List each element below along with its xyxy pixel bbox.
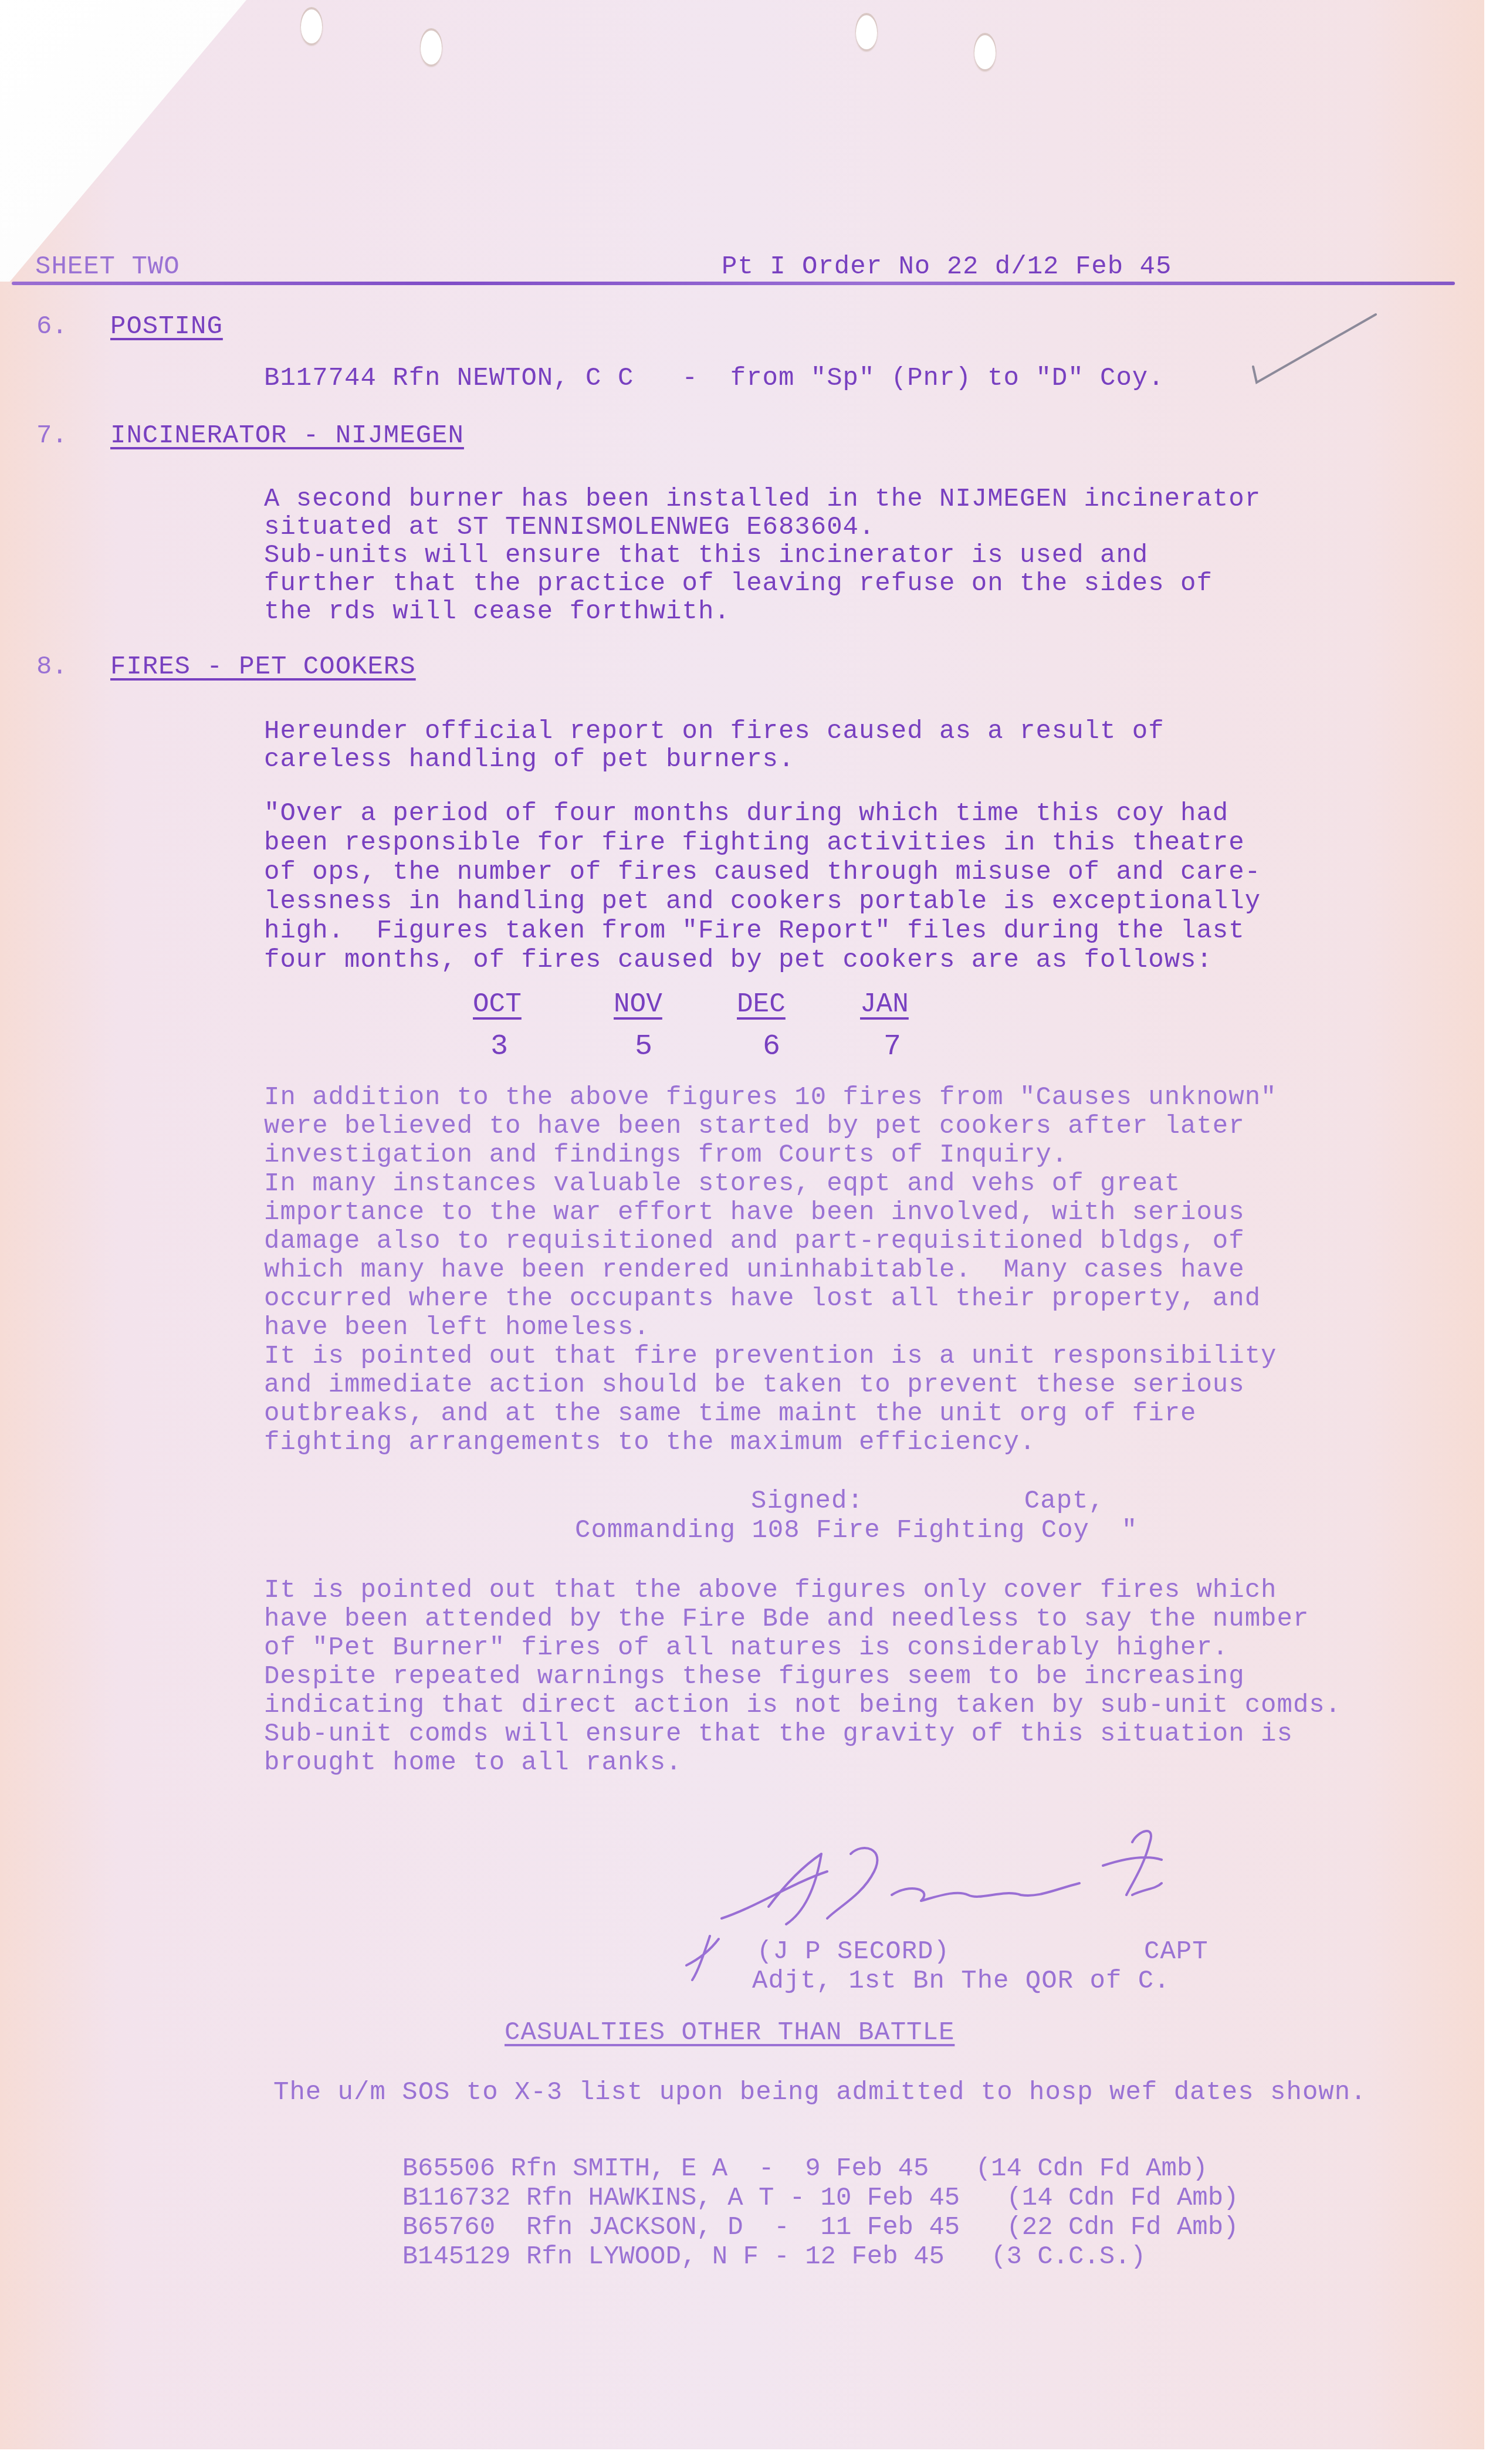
order-reference: Pt I Order No 22 d/12 Feb 45	[722, 252, 1172, 282]
month-header: JAN	[860, 989, 909, 1020]
text-line: importance to the war effort have been i…	[264, 1198, 1245, 1227]
text-line: careless handling of pet burners.	[264, 745, 794, 774]
text-line: the rds will cease forthwith.	[264, 597, 730, 627]
month-header: NOV	[614, 989, 662, 1020]
text-line: Despite repeated warnings these figures …	[264, 1662, 1245, 1691]
text-line: situated at ST TENNISMOLENWEG E683604.	[264, 513, 875, 542]
punch-hole	[300, 7, 323, 43]
service-number: B145129	[402, 2242, 511, 2272]
text-line: It is pointed out that fire prevention i…	[264, 1342, 1277, 1371]
casualties-intro: The u/m SOS to X-3 list upon being admit…	[273, 2078, 1367, 2107]
text-line: lessness in handling pet and cookers por…	[264, 887, 1261, 916]
text-line: outbreaks, and at the same time maint th…	[264, 1399, 1196, 1429]
text-line: occurred where the occupants have lost a…	[264, 1284, 1261, 1314]
signatory-appointment: Adjt, 1st Bn The QOR of C.	[752, 1967, 1170, 1996]
text-line: have been left homeless.	[264, 1313, 650, 1342]
text-line: further that the practice of leaving ref…	[264, 569, 1213, 598]
section-number: 7.	[36, 421, 67, 451]
text-line: It is pointed out that the above figures…	[264, 1576, 1277, 1605]
rank: Rfn	[526, 2242, 573, 2272]
text-line: have been attended by the Fire Bde and n…	[264, 1605, 1309, 1634]
month-count: 7	[884, 1030, 901, 1064]
month-header: DEC	[737, 989, 786, 1020]
header-rule	[12, 282, 1455, 285]
text-line: In addition to the above figures 10 fire…	[264, 1083, 1277, 1112]
month-header: OCT	[473, 989, 522, 1020]
month-count: 3	[490, 1030, 508, 1064]
text-line: brought home to all ranks.	[264, 1748, 682, 1778]
quote-signed-line: Signed: Capt,	[751, 1487, 1105, 1516]
soldier-name: LYWOOD, N F	[588, 2242, 759, 2272]
section-title-posting: POSTING	[110, 312, 223, 341]
text-line: and immediate action should be taken to …	[264, 1370, 1245, 1400]
text-line: of "Pet Burner" fires of all natures is …	[264, 1633, 1228, 1663]
sheet-label: SHEET TWO	[35, 252, 180, 282]
text-line: high. Figures taken from "Fire Report" f…	[264, 916, 1245, 946]
text-line: investigation and findings from Courts o…	[264, 1140, 1068, 1170]
text-line: In many instances valuable stores, eqpt …	[264, 1169, 1180, 1199]
text-line: "Over a period of four months during whi…	[264, 799, 1228, 828]
month-count: 5	[635, 1030, 652, 1064]
text-line: Hereunder official report on fires cause…	[264, 717, 1165, 746]
signatory-name: (J P SECORD)	[757, 1937, 950, 1967]
text-line: Sub-unit comds will ensure that the grav…	[264, 1720, 1293, 1749]
medical-unit: (3 C.C.S.)	[991, 2242, 1146, 2272]
section-number: 8.	[36, 652, 67, 682]
text-line: were believed to have been started by pe…	[264, 1112, 1245, 1141]
casualty-row: B145129 Rfn LYWOOD, N F - 12 Feb 45 (3 C…	[340, 2213, 1146, 2301]
punch-hole	[855, 13, 878, 49]
text-line: been responsible for fire fighting activ…	[264, 828, 1245, 858]
text-line: damage also to requisitioned and part-re…	[264, 1227, 1245, 1256]
section-title-incinerator: INCINERATOR - NIJMEGEN	[110, 421, 464, 451]
check-mark-icon	[1250, 311, 1379, 387]
quote-signer: Commanding 108 Fire Fighting Coy "	[575, 1516, 1138, 1545]
signatory-rank: CAPT	[1144, 1937, 1209, 1967]
text-line: fighting arrangements to the maximum eff…	[264, 1428, 1035, 1457]
text-line: Sub-units will ensure that this incinera…	[264, 541, 1148, 570]
text-line: which many have been rendered uninhabita…	[264, 1255, 1245, 1285]
section-number: 6.	[36, 312, 67, 341]
section-title-fires: FIRES - PET COOKERS	[110, 652, 416, 682]
text-line: four months, of fires caused by pet cook…	[264, 946, 1213, 975]
punch-hole	[420, 28, 442, 65]
text-line: A second burner has been installed in th…	[264, 485, 1261, 514]
text-line: of ops, the number of fires caused throu…	[264, 858, 1261, 887]
casualties-title: CASUALTIES OTHER THAN BATTLE	[505, 2018, 955, 2047]
text-line: indicating that direct action is not bei…	[264, 1691, 1341, 1720]
posting-line: B117744 Rfn NEWTON, C C - from "Sp" (Pnr…	[264, 364, 1165, 393]
punch-hole	[974, 33, 996, 69]
month-count: 6	[763, 1030, 780, 1064]
admission-date: 12 Feb 45	[805, 2242, 945, 2272]
